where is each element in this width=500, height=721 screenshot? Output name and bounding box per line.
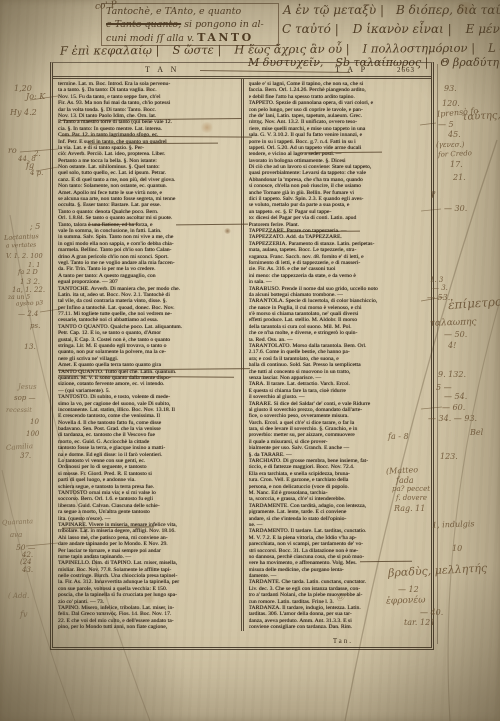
- margin-note: sop —: [14, 394, 36, 402]
- margin-note: — 30.: [444, 204, 467, 213]
- margin-note: ταλαωπης: [430, 317, 477, 329]
- margin-note: (γενεσ.): [436, 141, 464, 149]
- text-columns: termine. Lat. m. Boc. Introd. Era la sol…: [53, 79, 431, 631]
- margin-note: — 40.: [420, 608, 443, 617]
- margin-note: — 2.4: [18, 310, 38, 318]
- margin-note: Rag. 11: [394, 504, 425, 513]
- margin-note: 10: [452, 544, 462, 553]
- margin-note: 9. 132.: [438, 370, 466, 379]
- greek-gloss: F ἐπὶ κεφαλαίῳ |: [60, 43, 160, 58]
- margin-note: 13.: [24, 342, 36, 351]
- greek-gloss: H ἕως ἄχρις ἂν οὗ |: [234, 42, 349, 57]
- margin-note: 37.: [20, 452, 31, 460]
- running-title-left: T A N: [145, 65, 179, 74]
- margin-note: 43.: [22, 566, 33, 574]
- margin-note: — 12: [398, 585, 419, 594]
- margin-note: ava: [10, 531, 22, 539]
- margin-note: 17.: [450, 160, 463, 169]
- margin-note: — 34. — 93.: [428, 414, 477, 423]
- margin-note: 100: [26, 430, 39, 438]
- margin-note: Jesus: [18, 383, 37, 391]
- left-column: termine. Lat. m. Boc. Introd. Era la sol…: [53, 79, 241, 631]
- greek-gloss: C ταὐτό |: [282, 22, 339, 36]
- margin-note: Quaranta: [2, 517, 33, 527]
- margin-note: — 60.: [442, 403, 465, 412]
- margin-note: fa 2 D: [18, 268, 38, 276]
- margin-note: ἐφρονέω: [386, 595, 426, 606]
- margin-note: 10: [30, 418, 39, 426]
- top-left-note-box: Tantochè, e TAnto, e quanto e Tanto quan…: [101, 3, 279, 46]
- margin-note: fa - 8: [388, 432, 409, 441]
- margin-note: 123.: [440, 452, 458, 461]
- margin-note: ps.: [30, 322, 40, 330]
- greek-gloss: E μέντοιγε: [466, 22, 500, 36]
- margin-note: ; 5: [30, 222, 40, 231]
- manuscript-page: co' P Tantochè, e TAnto, e quanto e Tant…: [0, 0, 500, 721]
- margin-note: — 3.: [432, 284, 448, 292]
- margin-note: tar. 121: [404, 618, 435, 627]
- margin-note: ( Add.: [8, 592, 29, 600]
- margin-note: Bel: [470, 428, 483, 437]
- margin-note: (Matteo: [386, 465, 418, 476]
- margin-note: fada: [396, 476, 414, 485]
- greek-gloss: I πολλοστημόριον |: [363, 41, 476, 56]
- margin-note: Hy 4.2: [10, 108, 37, 117]
- greek-gloss: D ἱκανὸν εἶναι |: [353, 22, 452, 36]
- margin-note: Camilia: [6, 442, 34, 452]
- margin-note: 4!: [448, 341, 456, 350]
- greek-gloss-row-1: A ἐν τῷ μεταξὺ |B διόπερ, διὰ ταῦτα |: [283, 3, 500, 17]
- margin-note: — 54.: [444, 392, 467, 401]
- margin-note: ro: [8, 146, 17, 155]
- margin-note: 45.: [448, 130, 461, 139]
- margin-note: 120.: [442, 99, 460, 108]
- greek-gloss: A ἐν τῷ μεταξὺ |: [283, 3, 384, 17]
- page-number: 2663: [397, 66, 415, 74]
- greek-gloss: S ὥστε |: [172, 43, 221, 57]
- margin-note: Jo: K: [26, 92, 45, 101]
- running-head: T A N T A P 2663: [53, 63, 431, 79]
- margin-note: Lactantius: [4, 232, 39, 242]
- margin-note: 4 p.: [30, 169, 43, 177]
- margin-note: — 5: [438, 120, 454, 129]
- greek-gloss: Θ βραδύτης, ὄκνησις: [440, 56, 500, 69]
- margin-note: ταύτης,: [462, 110, 500, 123]
- greek-gloss-row-2: C ταὐτό |D ἱκανὸν εἶναι |E μέντοιγε: [282, 22, 500, 36]
- margin-note: pa? peccet: [392, 485, 430, 493]
- margin-note: V. 1. 2. 100: [6, 252, 43, 260]
- margin-note: 1a, 1. 22.: [12, 286, 45, 294]
- margin-note: recessit: [6, 406, 32, 414]
- margin-note: 5 —: [436, 383, 452, 392]
- margin-note: (24: [20, 558, 32, 566]
- margin-note: for Credo: [438, 149, 472, 159]
- greek-gloss: B διόπερ, διὰ ταῦτα |: [396, 3, 500, 17]
- running-title-right: T A P: [335, 65, 368, 74]
- margin-note: 1, indulgis: [432, 519, 475, 529]
- margin-note: f. dovere: [396, 494, 427, 502]
- catchword: Tan.: [333, 637, 353, 645]
- margin-note: 93.: [444, 84, 457, 93]
- margin-note: 21.: [453, 173, 466, 182]
- greek-gloss: L αὐτίκα |: [488, 40, 500, 54]
- margin-note: ἐπίμετρον: [448, 294, 500, 312]
- right-column: quale e' si lagni, Come il tapino, che n…: [241, 79, 432, 631]
- margin-note: γ: [430, 189, 435, 199]
- margin-note: 1. 3: [430, 276, 443, 284]
- margin-note: Ⓖ: [336, 592, 344, 603]
- note-line-2: e Tanto quanto, si pongono in al-: [106, 18, 274, 31]
- margin-note: 1 3 2.: [20, 278, 40, 286]
- margin-note: a vertates: [6, 241, 37, 249]
- margin-note: fv: [20, 610, 27, 619]
- note-line-1: Tantochè, e TAnto, e quanto: [106, 5, 274, 18]
- margin-note: — 50.: [444, 330, 467, 339]
- margin-note: aysho p3: [16, 300, 43, 308]
